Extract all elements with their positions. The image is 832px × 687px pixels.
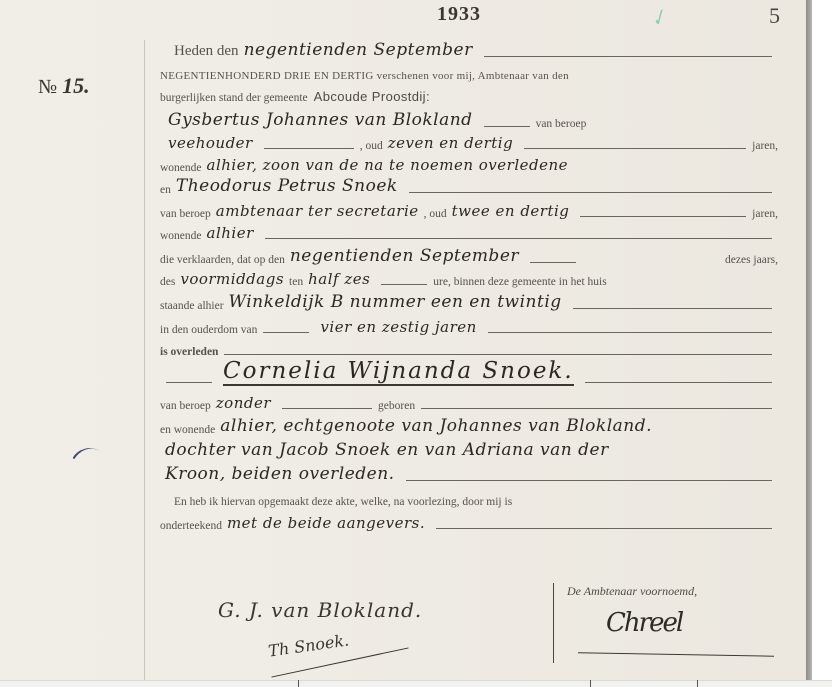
printed-text: van beroep	[160, 208, 211, 220]
act-number: № 15.	[38, 73, 90, 99]
printed-text: burgerlijken stand der gemeente	[160, 92, 308, 104]
printed-text: ten	[289, 276, 303, 288]
blank-line	[224, 354, 772, 355]
printed-text: en	[160, 184, 171, 196]
blank-line	[264, 148, 354, 149]
deceased-name: Cornelia Wijnanda Snoek.	[223, 358, 574, 386]
blank-line	[524, 148, 746, 149]
handwritten-text: twee en dertig	[452, 202, 570, 220]
printed-text: En heb ik hiervan opgemaakt deze akte, w…	[174, 496, 512, 508]
check-stamp-icon: ✓	[645, 3, 672, 32]
printed-text: , oud	[360, 140, 383, 152]
handwritten-text: alhier, echtgenoote van Johannes van Blo…	[220, 416, 652, 436]
handwritten-text: half zes	[308, 270, 370, 288]
line-death-date: die verklaarden, dat op den negentienden…	[160, 244, 778, 266]
signature-underline	[578, 652, 774, 656]
line-deceased-parents: dochter van Jacob Snoek en van Adriana v…	[160, 438, 778, 460]
blank-line	[530, 262, 576, 263]
blank-line	[166, 382, 212, 383]
line-deceased-label: is overleden	[160, 336, 778, 358]
handwritten-text: voormiddags	[180, 270, 284, 288]
signature-bracket	[553, 583, 554, 663]
blank-line	[580, 216, 746, 217]
printed-text: geboren	[378, 400, 415, 412]
document-viewer: 1933 5 ✓ № 15. Heden den negentienden Se…	[0, 0, 832, 687]
blank-line	[421, 408, 772, 409]
blank-line	[263, 332, 309, 333]
page-year: 1933	[437, 3, 481, 26]
scroll-tick	[298, 680, 299, 687]
printed-text: Heden den	[174, 43, 239, 60]
handwritten-text: veehouder	[168, 134, 253, 152]
book-spine-edge	[806, 0, 812, 680]
witness-2-signature: Th Snoek.	[267, 630, 350, 660]
handwritten-text: dochter van Jacob Snoek en van Adriana v…	[165, 440, 609, 460]
line-death-time: des voormiddags ten half zes ure, binnen…	[160, 266, 778, 288]
viewer-scrollbar[interactable]	[0, 680, 832, 687]
blank-line	[409, 192, 772, 193]
official-signature: Chreel	[606, 608, 682, 638]
printed-text: van beroep	[160, 400, 211, 412]
line-declarant-1-occupation: veehouder , oud zeven en dertig jaren,	[160, 130, 778, 152]
number-sign-icon: №	[38, 76, 57, 98]
line-closing-statement: En heb ik hiervan opgemaakt deze akte, w…	[160, 486, 778, 508]
page-number: 5	[769, 3, 780, 29]
printed-text: in den ouderdom van	[160, 324, 257, 336]
printed-text: ure, binnen deze gemeente in het huis	[433, 276, 606, 288]
line-declarant-1-name: Gysbertus Johannes van Blokland van bero…	[160, 108, 778, 130]
printed-text: , oud	[424, 208, 447, 220]
printed-text: jaren,	[752, 140, 778, 152]
blank-line	[282, 408, 372, 409]
blank-line	[436, 528, 772, 529]
handwritten-text: met de beide aangevers.	[227, 514, 425, 532]
check-mark-icon	[72, 441, 101, 469]
line-deceased-occupation: van beroep zonder geboren	[160, 390, 778, 412]
handwritten-text: vier en zestig jaren	[320, 318, 476, 336]
scroll-tick	[590, 680, 591, 687]
act-number-value: 15.	[62, 73, 90, 98]
line-deceased-name: Cornelia Wijnanda Snoek.	[160, 364, 778, 386]
line-declarant-2-name: en Theodorus Petrus Snoek	[160, 174, 778, 196]
line-declarant-2-residence: wonende alhier	[160, 220, 778, 242]
line-age: in den ouderdom van vier en zestig jaren	[160, 314, 778, 336]
line-deceased-residence: en wonende alhier, echtgenoote van Johan…	[160, 414, 778, 436]
handwritten-text: zonder	[216, 394, 271, 412]
handwritten-text: Theodorus Petrus Snoek	[176, 176, 398, 196]
printed-text: dezes jaars,	[725, 254, 778, 266]
handwritten-text: zeven en dertig	[388, 134, 513, 152]
printed-text: wonende	[160, 230, 202, 242]
handwritten-text: negentienden September	[244, 40, 473, 60]
line-declarant-1-residence: wonende alhier, zoon van de na te noemen…	[160, 152, 778, 174]
blank-line	[585, 382, 772, 383]
line-year-text: NEGENTIENHONDERD DRIE EN DERTIG verschen…	[160, 60, 778, 82]
blank-line	[573, 308, 772, 309]
blank-line	[381, 284, 427, 285]
blank-line	[488, 332, 772, 333]
handwritten-text: alhier, zoon van de na te noemen overled…	[207, 156, 569, 174]
handwritten-text: Kroon, beiden overleden.	[165, 464, 395, 484]
handwritten-text: Gysbertus Johannes van Blokland	[168, 110, 473, 130]
witness-1-signature: G. J. van Blokland.	[218, 598, 422, 622]
official-label: De Ambtenaar voornoemd,	[567, 584, 697, 599]
register-page: 1933 5 ✓ № 15. Heden den negentienden Se…	[0, 0, 806, 680]
line-declarant-2-occupation: van beroep ambtenaar ter secretarie , ou…	[160, 198, 778, 220]
line-date: Heden den negentienden September	[160, 38, 778, 60]
blank-line	[406, 480, 772, 481]
blank-line	[265, 238, 772, 239]
scroll-tick	[697, 680, 698, 687]
printed-text: NEGENTIENHONDERD DRIE EN DERTIG verschen…	[160, 70, 569, 82]
printed-text: van beroep	[536, 118, 587, 130]
printed-text: staande alhier	[160, 300, 224, 312]
printed-text: is overleden	[160, 346, 218, 358]
printed-text: die verklaarden, dat op den	[160, 254, 285, 266]
line-signed-by: onderteekend met de beide aangevers.	[160, 510, 778, 532]
printed-text: onderteekend	[160, 520, 222, 532]
handwritten-text: alhier	[207, 224, 254, 242]
handwritten-text: ambtenaar ter secretarie	[216, 202, 419, 220]
line-death-place: staande alhier Winkeldijk B nummer een e…	[160, 290, 778, 312]
handwritten-text: negentienden September	[290, 246, 519, 266]
printed-text: en wonende	[160, 424, 215, 436]
printed-text: jaren,	[752, 208, 778, 220]
blank-line	[484, 126, 530, 127]
printed-text: des	[160, 276, 175, 288]
line-deceased-parents-cont: Kroon, beiden overleden.	[160, 462, 778, 484]
margin-rule	[144, 40, 145, 680]
printed-text: wonende	[160, 162, 202, 174]
line-municipality: burgerlijken stand der gemeente Abcoude …	[160, 82, 778, 104]
handwritten-text: Winkeldijk B nummer een en twintig	[229, 292, 562, 312]
municipality-name: Abcoude Proostdij:	[314, 89, 430, 104]
blank-line	[484, 56, 772, 57]
